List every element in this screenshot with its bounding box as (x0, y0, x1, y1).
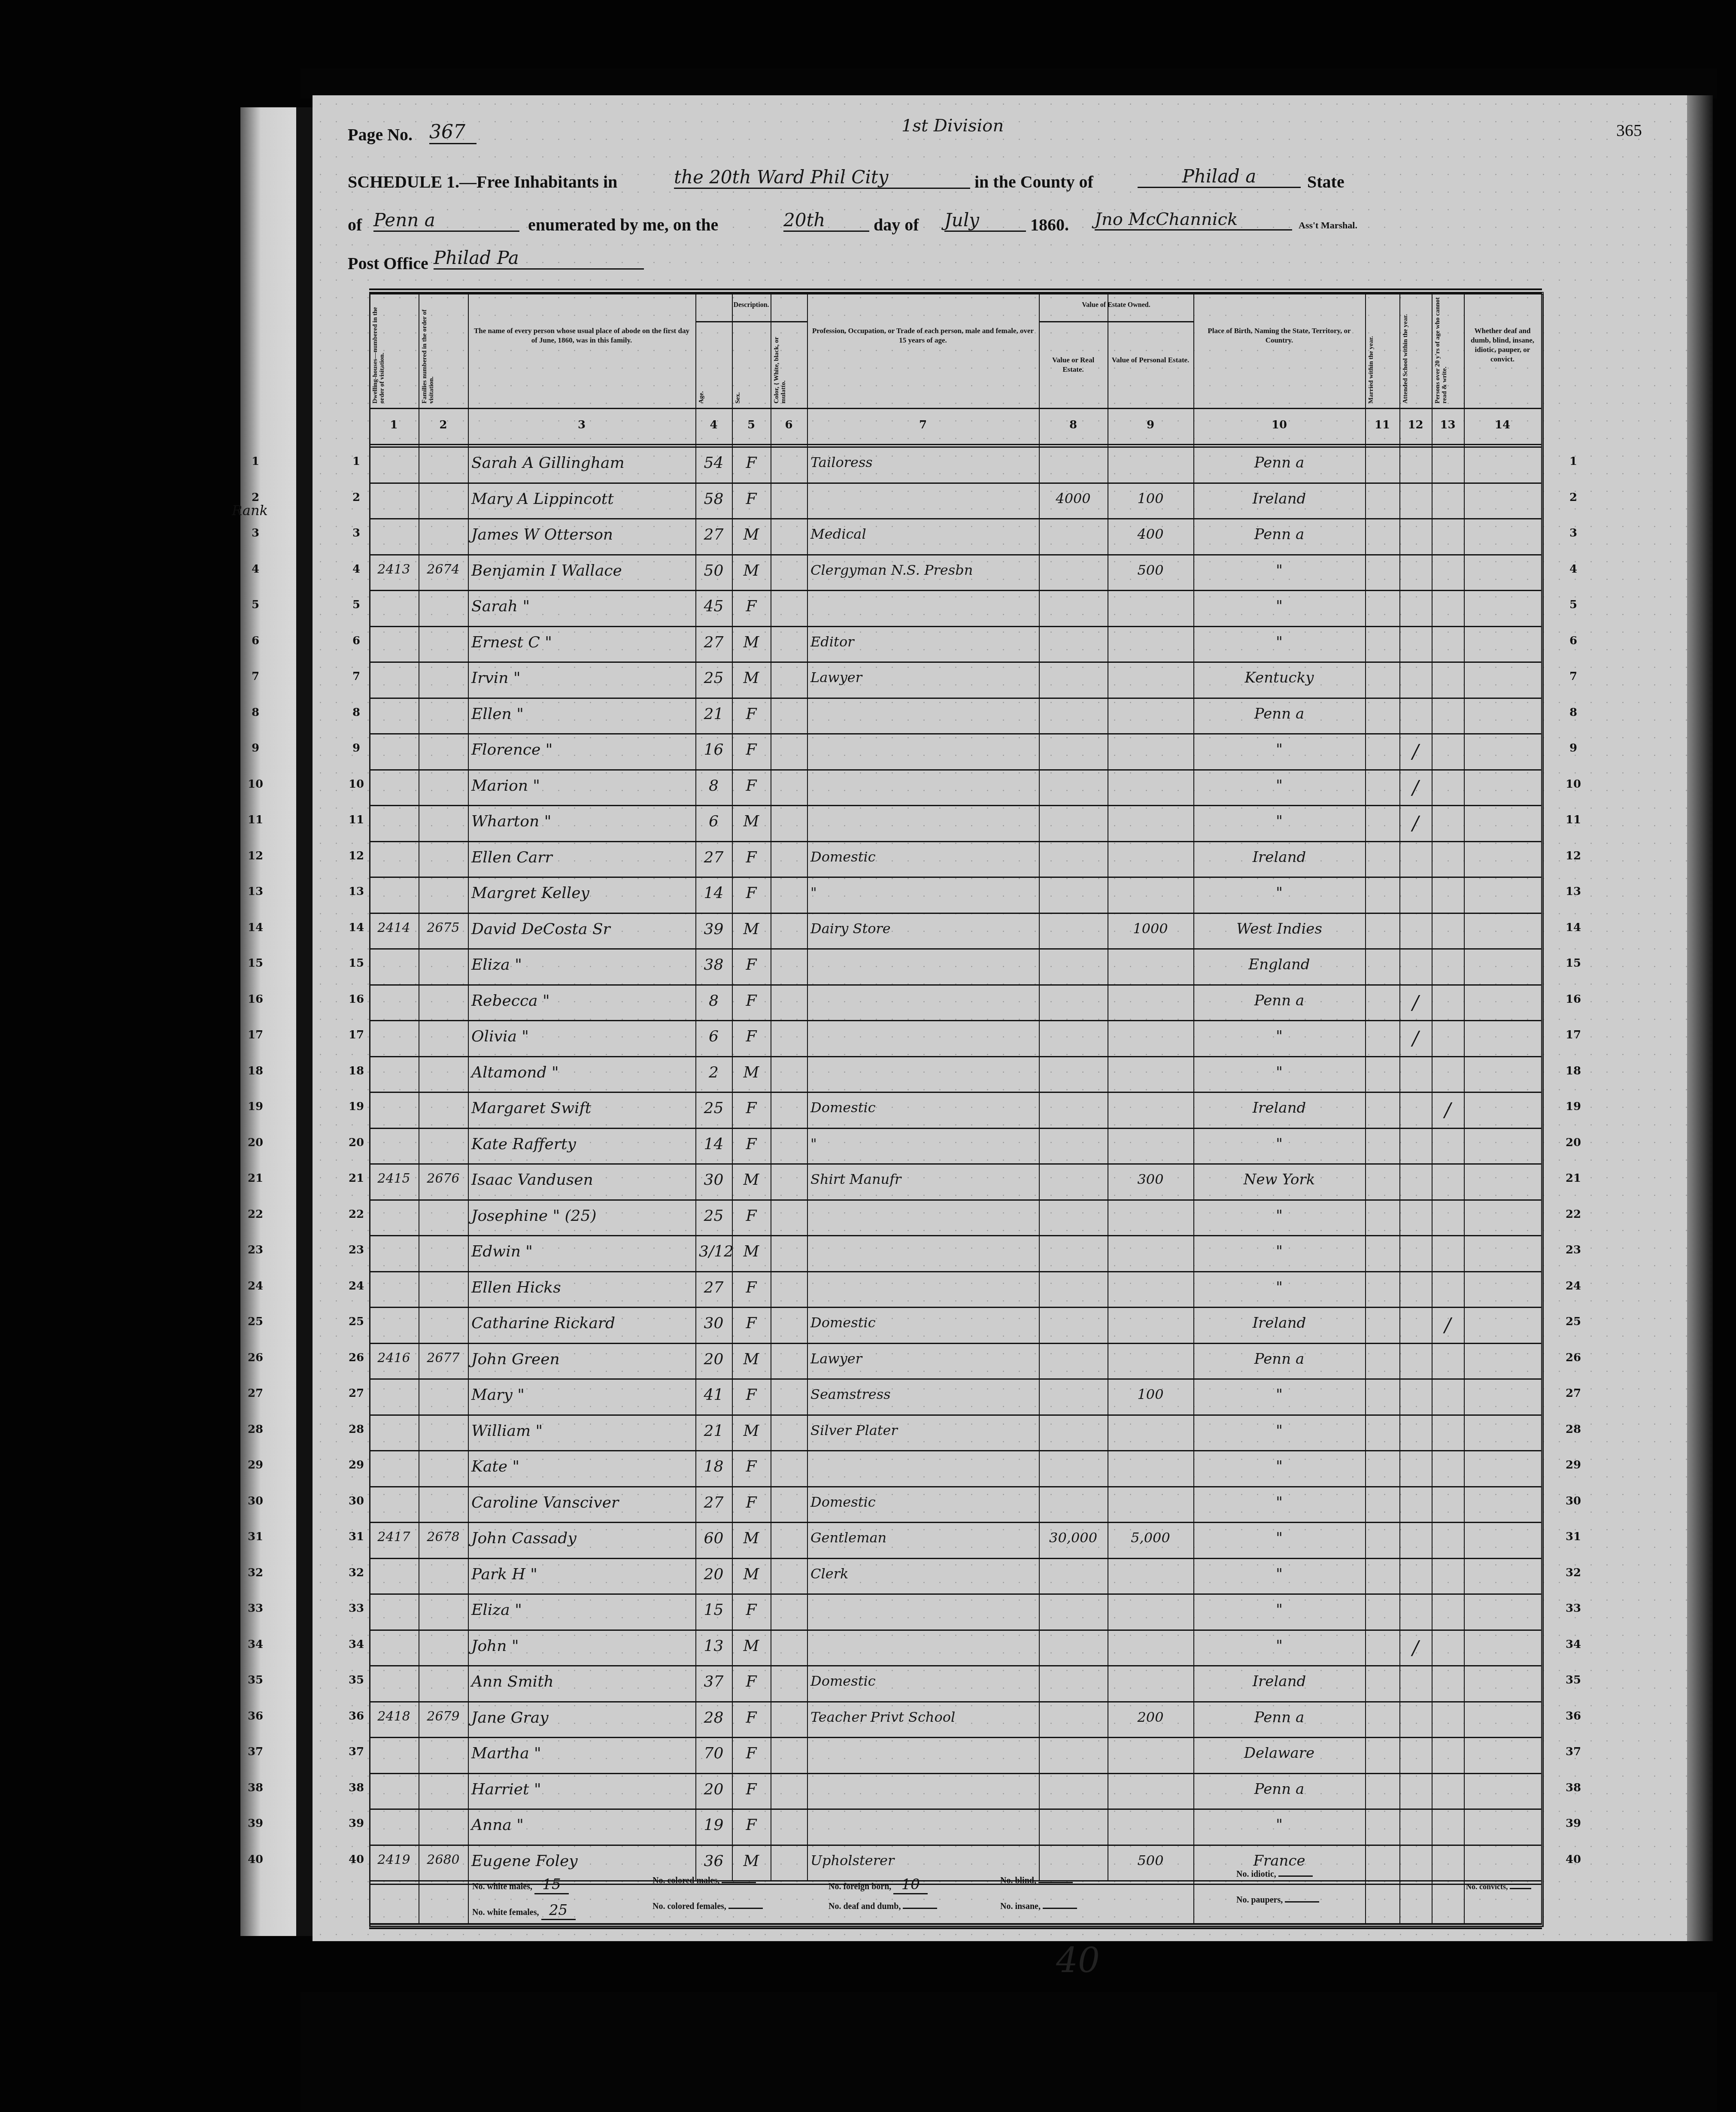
cell-sex: F (735, 454, 767, 472)
column-header-10: Place of Birth, Naming the State, Territ… (1196, 326, 1363, 345)
state-label: State (1307, 172, 1344, 192)
cell-birthplace: " (1197, 777, 1362, 794)
white-females-total: No. white females, 25 (472, 1902, 576, 1920)
cell-sex: F (735, 1135, 767, 1153)
cell-age: 14 (699, 1135, 728, 1153)
row-number-binding: 3 (240, 527, 270, 540)
estate-group-header: Value of Estate Owned. (1039, 300, 1193, 310)
row-number-right: 8 (1558, 706, 1588, 719)
header-rule (369, 408, 1541, 409)
cell-personal-estate: 1000 (1111, 920, 1190, 937)
row-number-binding: 5 (240, 598, 270, 611)
table-top-rule (369, 293, 1542, 294)
cell-sex: M (735, 669, 767, 687)
white-females-value: 25 (541, 1902, 576, 1920)
cell-sex: F (735, 1709, 767, 1727)
cell-birthplace: Ireland (1197, 849, 1362, 866)
deaf-dumb-label: No. deaf and dumb, (829, 1902, 901, 1911)
cell-sex: F (735, 956, 767, 974)
cell-birthplace: Ireland (1197, 1314, 1362, 1332)
cell-name: Josephine " (25) (471, 1207, 692, 1225)
row-number-binding: 18 (240, 1065, 270, 1077)
row-number-right: 39 (1558, 1817, 1588, 1830)
row-number: 8 (343, 706, 369, 719)
row-number-binding: 35 (240, 1674, 270, 1687)
row-number: 1 (343, 455, 369, 468)
cell-sex: F (735, 1458, 767, 1475)
row-number-binding: 6 (240, 634, 270, 647)
cell-family: 2680 (422, 1852, 464, 1867)
row-number: 22 (343, 1208, 369, 1221)
row-number-binding: 12 (240, 850, 270, 862)
cell-name: Florence " (471, 741, 692, 759)
row-number: 40 (343, 1853, 369, 1866)
cell-birthplace: " (1197, 813, 1362, 830)
cell-sex: F (735, 1279, 767, 1296)
cell-birthplace: Penn a (1197, 1781, 1362, 1798)
row-number-binding: 30 (240, 1495, 270, 1508)
row-number-right: 26 (1558, 1351, 1588, 1364)
row-number: 18 (343, 1065, 369, 1077)
cell-name: Ernest C " (471, 634, 692, 651)
row-number-right: 12 (1558, 850, 1588, 862)
cell-name: John Cassady (471, 1529, 692, 1547)
cell-name: Edwin " (471, 1243, 692, 1260)
row-number-right: 28 (1558, 1423, 1588, 1436)
column-header-14: Whether deaf and dumb, blind, insane, id… (1466, 326, 1539, 364)
cell-name: Anna " (471, 1816, 692, 1834)
row-number: 20 (343, 1136, 369, 1149)
row-number: 10 (343, 778, 369, 791)
cell-sex: F (735, 1673, 767, 1690)
column-header-11: Married within the year. (1368, 296, 1397, 404)
cell-name: Sarah A Gillingham (471, 454, 692, 472)
cell-personal-estate: 500 (1111, 1852, 1190, 1869)
cell-sex: M (735, 1637, 767, 1655)
cell-birthplace: Penn a (1197, 454, 1362, 471)
row-number: 33 (343, 1602, 369, 1615)
row-number: 17 (343, 1029, 369, 1041)
paupers-label: No. paupers, (1236, 1895, 1283, 1905)
cell-school: / (1403, 741, 1428, 763)
row-number: 31 (343, 1530, 369, 1543)
cell-occupation: Domestic (810, 1494, 1035, 1510)
column-number: 8 (1039, 419, 1108, 431)
column-number: 2 (419, 419, 468, 431)
cell-name: John " (471, 1637, 692, 1655)
cell-name: Jane Gray (471, 1709, 692, 1727)
cell-age: 39 (699, 920, 728, 938)
cell-sex: F (735, 1745, 767, 1762)
row-rule (369, 1884, 1541, 1885)
cell-birthplace: " (1197, 1207, 1362, 1224)
row-number-binding: 33 (240, 1602, 270, 1615)
cell-personal-estate: 100 (1111, 1386, 1190, 1402)
cell-birthplace: Penn a (1197, 705, 1362, 722)
table-top-rule (369, 288, 1542, 290)
cell-name: Wharton " (471, 813, 692, 830)
cell-sex: M (735, 1350, 767, 1368)
scan-top-edge (300, 69, 1717, 99)
cell-sex: M (735, 526, 767, 543)
column-header-7: Profession, Occupation, or Trade of each… (810, 326, 1036, 345)
cell-name: David DeCosta Sr (471, 920, 692, 938)
cell-sex: M (735, 1852, 767, 1870)
row-number-binding: 8 (240, 706, 270, 719)
binding-shadow (296, 107, 313, 1936)
cell-family: 2674 (422, 562, 464, 577)
cell-name: William " (471, 1422, 692, 1440)
cell-age: 41 (699, 1386, 728, 1404)
row-number-binding: 27 (240, 1387, 270, 1400)
cell-age: 14 (699, 884, 728, 902)
cell-dwelling: 2419 (373, 1852, 415, 1867)
cell-age: 28 (699, 1709, 728, 1727)
cell-birthplace: " (1197, 1135, 1362, 1153)
row-number-binding: 13 (240, 885, 270, 898)
row-number: 37 (343, 1745, 369, 1758)
row-number-right: 5 (1558, 598, 1588, 611)
cell-age: 50 (699, 562, 728, 580)
row-number-binding: 21 (240, 1172, 270, 1185)
cell-age: 27 (699, 849, 728, 866)
cell-age: 3/12 (699, 1243, 728, 1260)
year-value: 1860. (1030, 215, 1069, 235)
cell-age: 8 (699, 777, 728, 795)
cell-illiterate: / (1435, 1314, 1460, 1336)
cell-occupation: Clergyman N.S. Presbn (810, 562, 1035, 578)
row-number-binding: 29 (240, 1459, 270, 1472)
cell-age: 20 (699, 1350, 728, 1368)
row-number: 28 (343, 1423, 369, 1436)
description-group-header: Description. (695, 300, 807, 310)
cell-name: Ellen Carr (471, 849, 692, 866)
colored-females-value (728, 1908, 763, 1909)
row-number-right: 17 (1558, 1029, 1588, 1041)
convicts-value (1510, 1888, 1531, 1889)
row-number-binding: 15 (240, 957, 270, 970)
cell-sex: F (735, 598, 767, 615)
row-number-right: 19 (1558, 1100, 1588, 1113)
cell-name: Park H " (471, 1566, 692, 1583)
cell-school: / (1403, 777, 1428, 799)
cell-age: 27 (699, 1494, 728, 1511)
cell-age: 19 (699, 1816, 728, 1834)
cell-sex: M (735, 1064, 767, 1081)
cell-age: 27 (699, 1279, 728, 1296)
cell-birthplace: England (1197, 956, 1362, 973)
row-number: 19 (343, 1100, 369, 1113)
cell-name: Ellen Hicks (471, 1279, 692, 1296)
row-number-right: 14 (1558, 921, 1588, 934)
cell-occupation: Dairy Store (810, 920, 1035, 937)
cell-sex: M (735, 1243, 767, 1260)
state-value: Penn a (373, 209, 519, 232)
row-number-binding: 32 (240, 1566, 270, 1579)
row-number: 9 (343, 742, 369, 755)
table-bottom-rule (369, 1927, 1542, 1929)
cell-real-estate: 4000 (1042, 490, 1104, 507)
cell-name: Kate " (471, 1458, 692, 1475)
cell-sex: M (735, 920, 767, 938)
estate-group-rule (1039, 321, 1193, 322)
white-females-label: No. white females, (472, 1908, 539, 1917)
cell-occupation: Upholsterer (810, 1852, 1035, 1869)
cell-birthplace: " (1197, 562, 1362, 579)
row-number-right: 15 (1558, 957, 1588, 970)
row-number-right: 30 (1558, 1495, 1588, 1508)
cell-age: 30 (699, 1314, 728, 1332)
row-number-right: 37 (1558, 1745, 1588, 1758)
cell-occupation: Lawyer (810, 1350, 1035, 1367)
cell-personal-estate: 5,000 (1111, 1529, 1190, 1546)
colored-males-value (722, 1882, 756, 1883)
cell-name: Harriet " (471, 1781, 692, 1798)
row-number: 7 (343, 670, 369, 683)
cell-sex: F (735, 884, 767, 902)
column-number: 1 (369, 419, 419, 431)
cell-name: Margaret Swift (471, 1099, 692, 1117)
cell-birthplace: " (1197, 1816, 1362, 1833)
column-header-2: Families numbered in the order of visita… (421, 296, 465, 404)
cell-sex: F (735, 1601, 767, 1619)
cell-occupation: " (810, 884, 1035, 901)
column-number: 3 (468, 419, 695, 431)
division-note: 1st Division (901, 116, 1004, 136)
insane-total: No. insane, (1000, 1902, 1077, 1912)
cell-age: 6 (699, 813, 728, 830)
cell-sex: F (735, 992, 767, 1010)
of-label: of (348, 215, 362, 235)
cell-birthplace: Penn a (1197, 992, 1362, 1009)
row-number: 38 (343, 1781, 369, 1794)
cell-age: 45 (699, 598, 728, 615)
column-number: 11 (1365, 419, 1399, 431)
row-number-right: 24 (1558, 1280, 1588, 1293)
county-value: Philad a (1138, 166, 1301, 188)
cell-age: 25 (699, 1207, 728, 1225)
colored-females-label: No. colored females, (653, 1902, 726, 1911)
cell-age: 13 (699, 1637, 728, 1655)
cell-age: 15 (699, 1601, 728, 1619)
row-number-binding: 31 (240, 1530, 270, 1543)
cell-sex: F (735, 1816, 767, 1834)
enumerated-label: enumerated by me, on the (528, 215, 718, 235)
insane-value (1043, 1908, 1077, 1909)
cell-birthplace: Penn a (1197, 1709, 1362, 1726)
row-number-right: 21 (1558, 1172, 1588, 1185)
row-number-right: 31 (1558, 1530, 1588, 1543)
row-number-binding: 23 (240, 1244, 270, 1256)
cell-sex: M (735, 1529, 767, 1547)
row-number-binding: 10 (240, 778, 270, 791)
page-edge-shadow (1687, 95, 1713, 1941)
column-number: 7 (807, 419, 1039, 431)
cell-occupation: Tailoress (810, 454, 1035, 470)
row-number: 26 (343, 1351, 369, 1364)
row-number-right: 13 (1558, 885, 1588, 898)
scan-bottom-edge (300, 1992, 1717, 2112)
row-number: 13 (343, 885, 369, 898)
row-number-right: 16 (1558, 993, 1588, 1006)
row-number-right: 25 (1558, 1315, 1588, 1328)
row-number-right: 6 (1558, 634, 1588, 647)
cell-birthplace: Penn a (1197, 1350, 1362, 1368)
row-number-right: 4 (1558, 563, 1588, 576)
cell-sex: F (735, 1494, 767, 1511)
row-number: 36 (343, 1710, 369, 1723)
cell-age: 54 (699, 454, 728, 472)
row-number-binding: 37 (240, 1745, 270, 1758)
cell-birthplace: " (1197, 634, 1362, 651)
row-number-binding: 34 (240, 1638, 270, 1651)
cell-birthplace: " (1197, 598, 1362, 615)
tally-mark: 40 (1056, 1940, 1100, 1980)
cell-birthplace: " (1197, 1529, 1362, 1547)
cell-sex: F (735, 1314, 767, 1332)
cell-birthplace: " (1197, 884, 1362, 901)
cell-name: Ellen " (471, 705, 692, 723)
column-header-4: Age. (698, 325, 729, 404)
cell-birthplace: " (1197, 1422, 1362, 1439)
cell-age: 18 (699, 1458, 728, 1475)
cell-dwelling: 2414 (373, 920, 415, 935)
cell-birthplace: Penn a (1197, 526, 1362, 543)
cell-occupation: Shirt Manufr (810, 1171, 1035, 1187)
cell-sex: F (735, 849, 767, 866)
cell-occupation: Medical (810, 526, 1035, 542)
blind-value (1038, 1882, 1073, 1883)
row-number-binding: 9 (240, 742, 270, 755)
county-label: in the County of (974, 172, 1093, 192)
cell-sex: F (735, 490, 767, 508)
column-header-5: Sex. (734, 325, 768, 404)
cell-name: Caroline Vansciver (471, 1494, 692, 1511)
row-number-right: 18 (1558, 1065, 1588, 1077)
cell-age: 25 (699, 1099, 728, 1117)
row-number-right: 3 (1558, 527, 1588, 540)
cell-birthplace: Delaware (1197, 1745, 1362, 1762)
schedule-label: SCHEDULE 1.—Free Inhabitants in (348, 172, 617, 192)
cell-family: 2676 (422, 1171, 464, 1186)
cell-age: 27 (699, 634, 728, 651)
row-number: 29 (343, 1459, 369, 1472)
row-number-right: 10 (1558, 778, 1588, 791)
row-number: 34 (343, 1638, 369, 1651)
row-number: 39 (343, 1817, 369, 1830)
cell-name: Marion " (471, 777, 692, 795)
row-number-binding: 11 (240, 813, 270, 826)
row-number-right: 27 (1558, 1387, 1588, 1400)
deaf-dumb-total: No. deaf and dumb, (829, 1902, 937, 1912)
column-header-3: The name of every person whose usual pla… (470, 326, 693, 345)
cell-personal-estate: 300 (1111, 1171, 1190, 1187)
colored-females-total: No. colored females, (653, 1902, 763, 1912)
row-number: 5 (343, 598, 369, 611)
description-group-rule (695, 321, 807, 322)
cell-name: Altamond " (471, 1064, 692, 1081)
cell-occupation: Editor (810, 634, 1035, 650)
cell-name: Eugene Foley (471, 1852, 692, 1870)
cell-birthplace: " (1197, 1458, 1362, 1475)
cell-birthplace: Ireland (1197, 1099, 1362, 1117)
cell-illiterate: / (1435, 1099, 1460, 1121)
cell-age: 16 (699, 741, 728, 759)
cell-name: Sarah " (471, 598, 692, 615)
row-number-right: 1 (1558, 455, 1588, 468)
row-number-right: 29 (1558, 1459, 1588, 1472)
cell-family: 2678 (422, 1529, 464, 1545)
cell-occupation: Clerk (810, 1566, 1035, 1582)
cell-name: Martha " (471, 1745, 692, 1762)
stamped-page-number: 365 (1616, 120, 1642, 140)
row-number-binding: 26 (240, 1351, 270, 1364)
cell-name: Catharine Rickard (471, 1314, 692, 1332)
column-number: 5 (732, 419, 771, 431)
cell-sex: M (735, 562, 767, 580)
cell-age: 60 (699, 1529, 728, 1547)
cell-age: 70 (699, 1745, 728, 1762)
row-number: 23 (343, 1244, 369, 1256)
column-number: 14 (1464, 419, 1541, 431)
cell-birthplace: " (1197, 1028, 1362, 1045)
cell-school: / (1403, 1028, 1428, 1050)
row-number-binding: 28 (240, 1423, 270, 1436)
place-value: the 20th Ward Phil City (674, 167, 970, 189)
row-number-right: 11 (1558, 813, 1588, 826)
table-bottom-rule (369, 1923, 1542, 1925)
column-number: 12 (1399, 419, 1432, 431)
column-number: 4 (695, 419, 732, 431)
row-number: 16 (343, 993, 369, 1006)
row-number-right: 34 (1558, 1638, 1588, 1651)
cell-name: Ann Smith (471, 1673, 692, 1690)
cell-name: Olivia " (471, 1028, 692, 1045)
binding-margin-note: Rank (232, 502, 268, 519)
row-number-binding: 25 (240, 1315, 270, 1328)
cell-family: 2679 (422, 1709, 464, 1724)
row-number-right: 36 (1558, 1710, 1588, 1723)
column-number: 6 (771, 419, 807, 431)
cell-occupation: Domestic (810, 1673, 1035, 1689)
cell-sex: M (735, 813, 767, 830)
cell-birthplace: New York (1197, 1171, 1362, 1188)
row-number-binding: 36 (240, 1710, 270, 1723)
cell-dwelling: 2417 (373, 1529, 415, 1545)
cell-name: Rebecca " (471, 992, 692, 1010)
cell-name: Isaac Vandusen (471, 1171, 692, 1189)
cell-age: 27 (699, 526, 728, 543)
cell-age: 37 (699, 1673, 728, 1690)
row-number: 25 (343, 1315, 369, 1328)
paupers-value (1285, 1901, 1319, 1903)
cell-sex: F (735, 741, 767, 759)
row-number-binding: 24 (240, 1280, 270, 1293)
cell-name: Eliza " (471, 956, 692, 974)
row-number: 24 (343, 1280, 369, 1293)
cell-name: Mary " (471, 1386, 692, 1404)
paupers-total: No. paupers, (1236, 1895, 1319, 1905)
row-number: 4 (343, 563, 369, 576)
column-number: 10 (1193, 419, 1365, 431)
cell-name: John Green (471, 1350, 692, 1368)
deaf-dumb-value (903, 1908, 937, 1909)
row-number: 3 (343, 527, 369, 540)
cell-age: 8 (699, 992, 728, 1010)
row-number: 14 (343, 921, 369, 934)
cell-age: 6 (699, 1028, 728, 1045)
row-number-right: 2 (1558, 491, 1588, 504)
